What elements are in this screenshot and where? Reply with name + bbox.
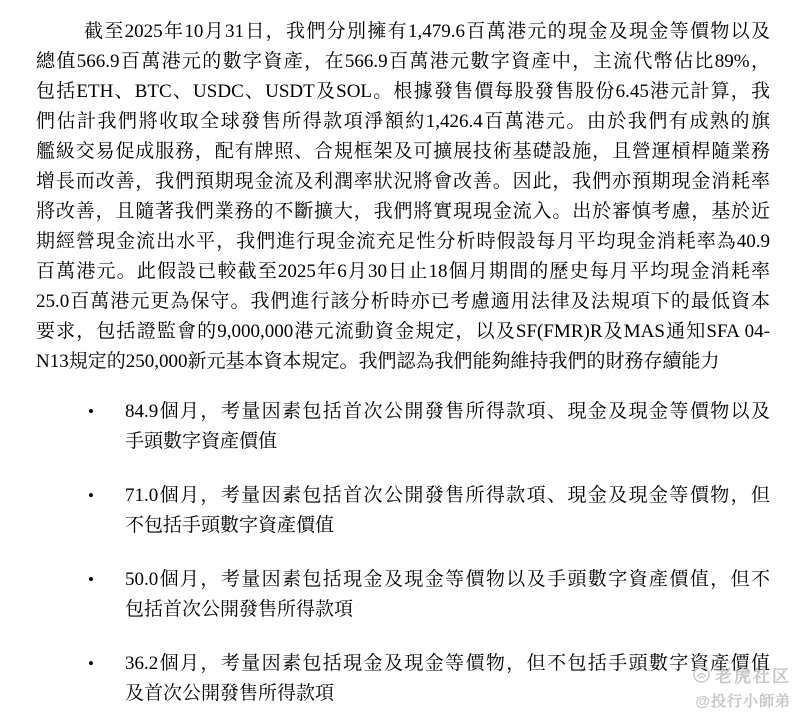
bullet-marker: • bbox=[88, 397, 125, 457]
bullet-item: • 36.2個月，考量因素包括現金及現金等價物，但不包括手頭數字資產價值 及首次… bbox=[36, 649, 770, 709]
watermark-brand: 老虎社区 bbox=[715, 662, 791, 687]
paragraph-line: 期經營現金流出水平，我們進行現金流充足性分析時假設每月平均現金消耗率為40.9 bbox=[36, 227, 770, 257]
paragraph-line: 艦級交易促成服務，配有牌照、合規框架及可擴展技術基礎設施，且營運槓桿隨業務 bbox=[36, 137, 770, 167]
bullet-line: 不包括手頭數字資產價值 bbox=[125, 511, 770, 541]
bullet-item: • 50.0個月，考量因素包括現金及現金等價物以及手頭數字資產價值，但不 包括首… bbox=[36, 565, 770, 625]
watermark: 老虎社区 @投行小師弟 bbox=[693, 662, 791, 711]
bullet-line: 及首次公開發售所得款項 bbox=[125, 679, 770, 709]
bullet-line: 50.0個月，考量因素包括現金及現金等價物以及手頭數字資產價值，但不 bbox=[125, 565, 770, 595]
paragraph-line: 總值566.9百萬港元的數字資產，在566.9百萬港元數字資產中，主流代幣佔比8… bbox=[36, 47, 770, 77]
paragraph-line: 截至2025年10月31日，我們分別擁有1,479.6百萬港元的現金及現金等價物… bbox=[36, 17, 770, 47]
tiger-logo-icon bbox=[693, 666, 710, 683]
bullet-line: 手頭數字資產價值 bbox=[125, 427, 770, 457]
bullet-line: 36.2個月，考量因素包括現金及現金等價物，但不包括手頭數字資產價值 bbox=[125, 649, 770, 679]
main-paragraph: 截至2025年10月31日，我們分別擁有1,479.6百萬港元的現金及現金等價物… bbox=[36, 17, 770, 377]
bullet-marker: • bbox=[88, 565, 125, 625]
paragraph-line: 要求，包括證監會的9,000,000港元流動資金規定，以及SF(FMR)R及MA… bbox=[36, 317, 770, 347]
document-body: 截至2025年10月31日，我們分別擁有1,479.6百萬港元的現金及現金等價物… bbox=[36, 17, 770, 709]
bullet-list: • 84.9個月，考量因素包括首次公開發售所得款項、現金及現金等價物以及 手頭數… bbox=[36, 397, 770, 709]
paragraph-line: 包括ETH、BTC、USDC、USDT及SOL。根據發售價每股發售股份6.45港… bbox=[36, 77, 770, 107]
watermark-handle: @投行小師弟 bbox=[693, 690, 791, 711]
paragraph-line: N13規定的250,000新元基本資本規定。我們認為我們能夠維持我們的財務存續能… bbox=[36, 347, 770, 377]
bullet-line: 包括首次公開發售所得款項 bbox=[125, 595, 770, 625]
bullet-marker: • bbox=[88, 481, 125, 541]
paragraph-line: 增長而改善，我們預期現金流及利潤率狀況將會改善。因此，我們亦預期現金消耗率 bbox=[36, 167, 770, 197]
bullet-item: • 84.9個月，考量因素包括首次公開發售所得款項、現金及現金等價物以及 手頭數… bbox=[36, 397, 770, 457]
bullet-item: • 71.0個月，考量因素包括首次公開發售所得款項、現金及現金等價物，但 不包括… bbox=[36, 481, 770, 541]
paragraph-line: 25.0百萬港元更為保守。我們進行該分析時亦已考慮適用法律及法規項下的最低資本 bbox=[36, 287, 770, 317]
paragraph-line: 將改善，且隨著我們業務的不斷擴大，我們將實現現金流入。出於審慎考慮，基於近 bbox=[36, 197, 770, 227]
paragraph-line: 百萬港元。此假設已較截至2025年6月30日止18個月期間的歷史每月平均現金消耗… bbox=[36, 257, 770, 287]
bullet-line: 71.0個月，考量因素包括首次公開發售所得款項、現金及現金等價物，但 bbox=[125, 481, 770, 511]
paragraph-line: 們估計我們將收取全球發售所得款項淨額約1,426.4百萬港元。由於我們有成熟的旗 bbox=[36, 107, 770, 137]
bullet-marker: • bbox=[88, 649, 125, 709]
bullet-line: 84.9個月，考量因素包括首次公開發售所得款項、現金及現金等價物以及 bbox=[125, 397, 770, 427]
